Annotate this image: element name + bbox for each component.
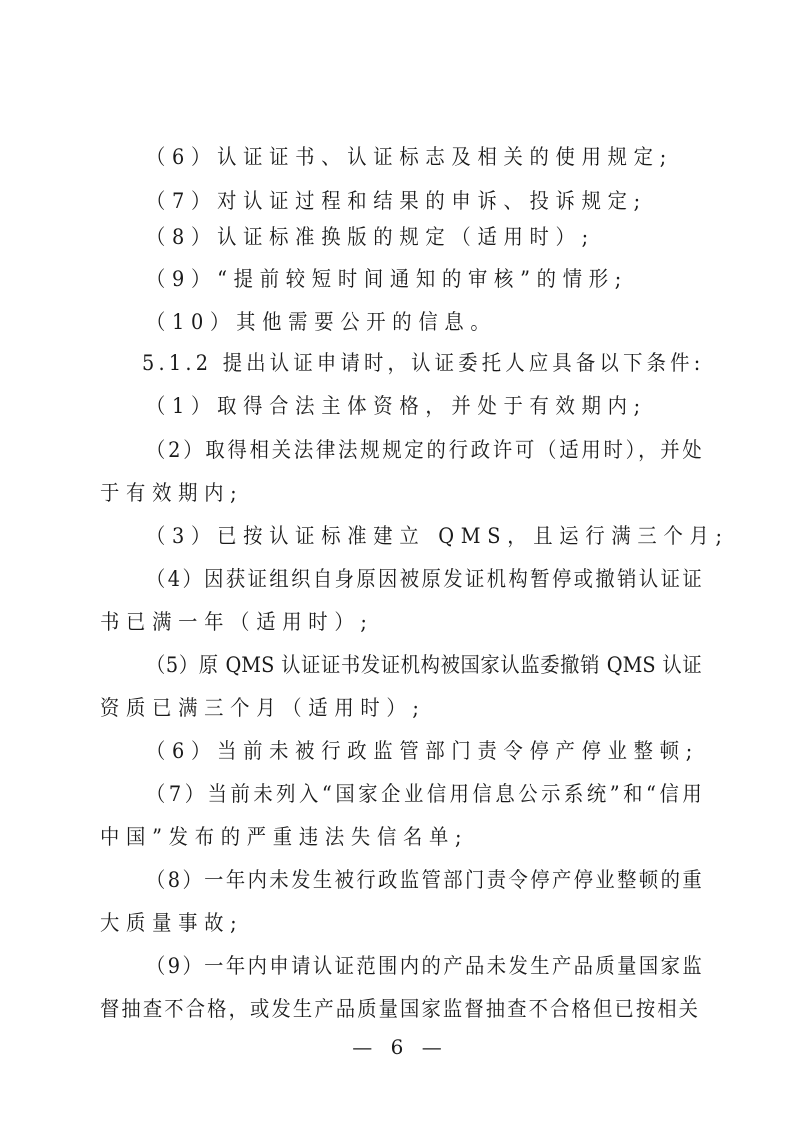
condition-8-continued: 大质量事故; bbox=[100, 909, 243, 937]
condition-8: （8）一年内未发生被行政监管部门责令停产停业整顿的重 bbox=[146, 866, 702, 894]
list-item-9-short-notice-audit: （9）“提前较短时间通知的审核”的情形; bbox=[146, 265, 628, 293]
document-page: （6）认证证书、认证标志及相关的使用规定; （7）对认证过程和结果的申诉、投诉规… bbox=[0, 0, 800, 1130]
condition-9-continued: 督抽查不合格，或发生产品质量国家监督抽查不合格但已按相关 bbox=[100, 995, 698, 1023]
condition-2-continued: 于有效期内; bbox=[100, 479, 243, 507]
condition-7: （7）当前未列入“国家企业信用信息公示系统”和“信用 bbox=[146, 780, 702, 808]
condition-2: （2）取得相关法律法规规定的行政许可（适用时），并处 bbox=[146, 436, 702, 464]
condition-3: （3）已按认证标准建立 QMS，且运行满三个月; bbox=[146, 522, 729, 550]
condition-6: （6）当前未被行政监管部门责令停产停业整顿; bbox=[146, 737, 699, 765]
list-item-6-usage-rules: （6）认证证书、认证标志及相关的使用规定; bbox=[146, 143, 673, 171]
condition-4-continued: 书已满一年（适用时）; bbox=[100, 608, 374, 636]
page-number: — 6 — bbox=[0, 1035, 800, 1059]
section-heading-5-1-2: 5.1.2 提出认证申请时，认证委托人应具备以下条件: bbox=[142, 349, 704, 377]
condition-5: （5）原 QMS 认证证书发证机构被国家认监委撤销 QMS 认证 bbox=[146, 651, 702, 679]
list-item-10-other-info: （10）其他需要公开的信息。 bbox=[146, 308, 496, 336]
condition-4: （4）因获证组织自身原因被原发证机构暂停或撤销认证证 bbox=[146, 565, 702, 593]
condition-5-continued: 资质已满三个月（适用时）; bbox=[100, 694, 426, 722]
condition-1: （1）取得合法主体资格，并处于有效期内; bbox=[146, 392, 647, 420]
list-item-8-standard-transition: （8）认证标准换版的规定（适用时）; bbox=[146, 223, 595, 251]
list-item-7-appeal-rules: （7）对认证过程和结果的申诉、投诉规定; bbox=[146, 187, 647, 215]
condition-9: （9）一年内申请认证范围内的产品未发生产品质量国家监 bbox=[146, 952, 702, 980]
condition-7-continued: 中国”发布的严重违法失信名单; bbox=[100, 823, 468, 851]
